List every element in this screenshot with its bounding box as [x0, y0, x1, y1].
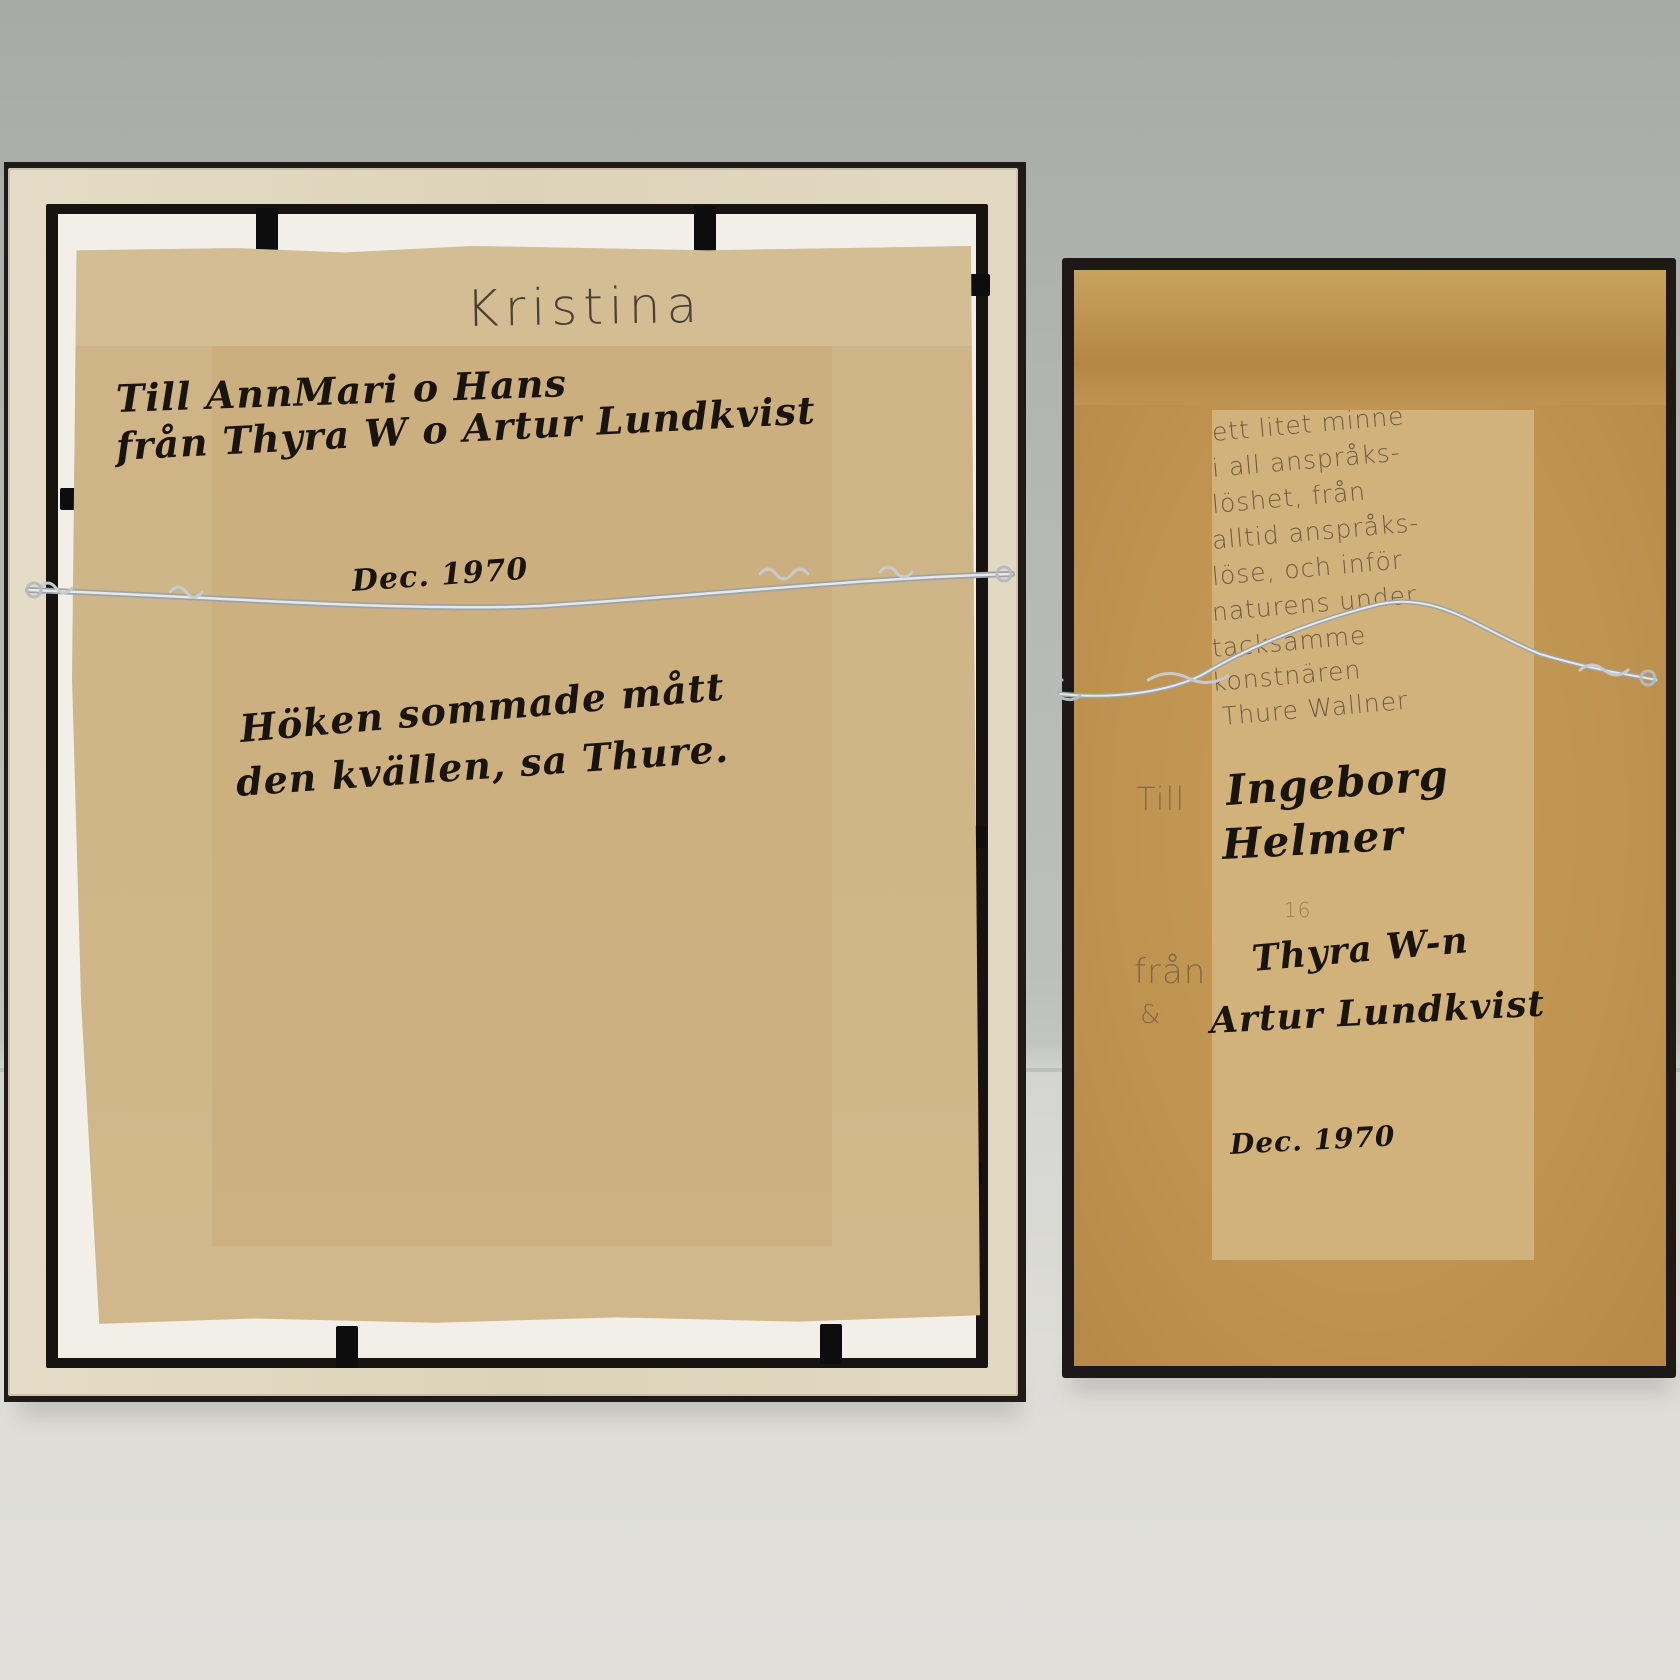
pencil-title: Kristina	[465, 276, 703, 338]
right-picture-frame-back: ett litet minne i all anspråks- löshet, …	[1062, 258, 1676, 1378]
dedication-prefix: Till	[1136, 780, 1185, 818]
from-ampersand: &	[1140, 1000, 1161, 1030]
retaining-clip	[694, 206, 716, 256]
backing-board-top-band	[1074, 270, 1666, 405]
pencil-mark: 16	[1284, 898, 1311, 922]
retaining-clip	[820, 1324, 842, 1364]
retaining-clip	[336, 1326, 358, 1368]
dedication-name-2: Helmer	[1221, 811, 1405, 869]
from-prefix: från	[1134, 952, 1206, 992]
left-picture-frame-back: Kristina Till AnnMari o Hans från Thyra …	[4, 162, 1026, 1402]
